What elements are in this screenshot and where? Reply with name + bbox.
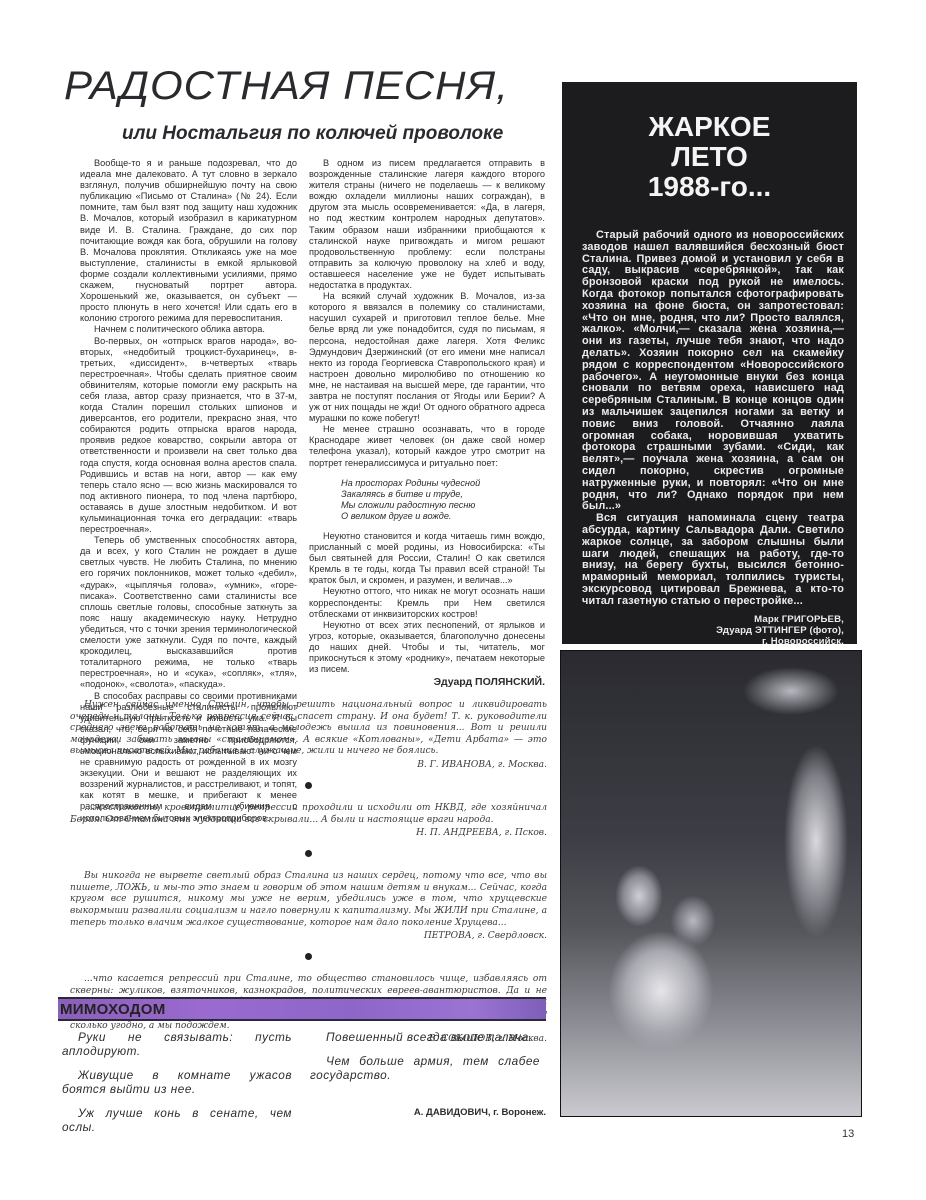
article-author: Эдуард ПОЛЯНСКИЙ. [309,677,545,688]
poem-line: На просторах Родины чудесной [341,478,545,489]
article-column-2: В одном из писем предлагается отправить … [309,158,545,688]
sidebar-paragraph: Старый рабочий одного из новороссийских … [582,230,844,513]
aphorism: Руки не связывать: пусть аплодируют. [62,1030,292,1058]
sidebar-text: Старый рабочий одного из новороссийских … [582,230,844,647]
bullet-separator [305,782,312,789]
aphorisms-left: Руки не связывать: пусть аплодируют. Жив… [62,1030,292,1144]
letter-signature: В. Г. ИВАНОВА, г. Москва. [70,760,547,770]
sidebar-title: ЖАРКОЕ ЛЕТО 1988-го... [562,112,857,202]
paragraph: Неуютно оттого, что никак не могут осозн… [309,586,545,619]
paragraph: Начнем с политического облика автора. [80,324,297,335]
page-number: 13 [842,1128,854,1140]
letter: ...жестокость, кровопролитие, репрессии … [70,803,547,838]
letter-text: ...жестокость, кровопролитие, репрессии … [70,803,547,826]
paragraph: Неуютно становится и когда читаешь гимн … [309,531,545,586]
section-band-mimokhodom: МИМОХОДОМ [58,997,546,1021]
paragraph: На всякий случай художник В. Мочалов, из… [309,291,545,424]
poem-line: Мы сложили радостную песню [341,500,545,511]
sidebar-signature-line: г. Новороссийск. [582,636,844,647]
letter-signature: ПЕТРОВА, г. Свердловск. [70,931,547,941]
section-heading: МИМОХОДОМ [60,1001,166,1018]
paragraph: Вообще-то я и раньше подозревал, что до … [80,158,297,324]
sidebar-signature: Марк ГРИГОРЬЕВ, Эдуард ЭТТИНГЕР (фото), … [582,614,844,647]
letter-signature: Н. П. АНДРЕЕВА, г. Псков. [70,828,547,838]
letter-text: Вы никогда не вырвете светлый образ Стал… [70,871,547,929]
sidebar-title-line: 1988-го... [562,172,857,202]
aphorisms-right: Повешенный всегда выше палача. Чем больш… [310,1030,540,1092]
sidebar-paragraph: Вся ситуация напоминала сцену театра абс… [582,513,844,607]
bullet-separator [305,850,312,857]
paragraph: Во-первых, он «отпрыск врагов народа», в… [80,336,297,536]
sidebar-title-line: ЖАРКОЕ [562,112,857,142]
aphorisms-signature: А. ДАВИДОВИЧ, г. Воронеж. [310,1107,546,1118]
poem: На просторах Родины чудесной Закаляясь в… [341,478,545,522]
article-subtitle: или Ностальгия по колючей проволоке [122,124,503,143]
sidebar-title-line: ЛЕТО [562,142,857,172]
paragraph: Неуютно от всех этих песнопений, от ярлы… [309,620,545,675]
aphorism: Живущие в комнате ужасов боятся выйти из… [62,1068,292,1096]
letter: Вы никогда не вырвете светлый образ Стал… [70,871,547,941]
photo-stalin-bust-garden [560,650,862,1117]
sidebar-box: ЖАРКОЕ ЛЕТО 1988-го... Старый рабочий од… [562,82,857,644]
paragraph: Не менее страшно осознавать, что в город… [309,424,545,468]
aphorism: Повешенный всегда выше палача. [310,1030,540,1044]
aphorism: Чем больше армия, тем слабее государство… [310,1054,540,1082]
letter-text: Нужен сейчас именно Сталин, чтобы решить… [70,700,547,758]
reader-letters: Нужен сейчас именно Сталин, чтобы решить… [70,700,547,1044]
poem-line: О великом друге и вожде. [341,511,545,522]
paragraph: Теперь об умственных способностях автора… [80,535,297,690]
bullet-separator [305,953,312,960]
sidebar-signature-line: Марк ГРИГОРЬЕВ, [582,614,844,625]
article-title: РАДОСТНАЯ ПЕСНЯ, [64,66,509,106]
sidebar-signature-line: Эдуард ЭТТИНГЕР (фото), [582,625,844,636]
poem-line: Закаляясь в битве и труде, [341,489,545,500]
letter: Нужен сейчас именно Сталин, чтобы решить… [70,700,547,770]
paragraph: В одном из писем предлагается отправить … [309,158,545,291]
aphorism: Уж лучше конь в сенате, чем ослы. [62,1106,292,1134]
